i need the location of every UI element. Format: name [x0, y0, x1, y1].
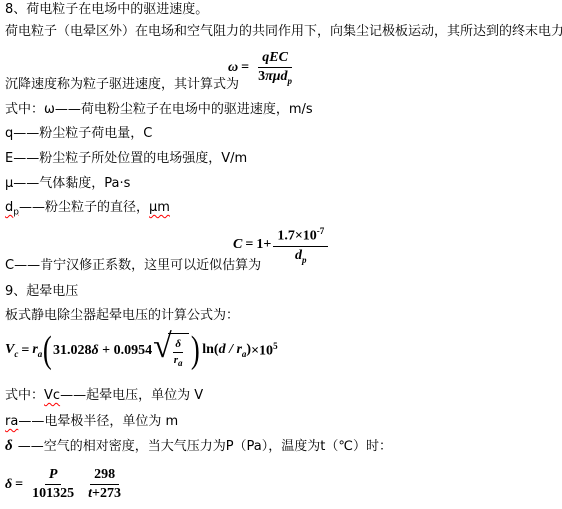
equals-sign: =	[15, 477, 23, 493]
c-symbol: C	[233, 237, 242, 253]
power-exponent: 5	[273, 341, 278, 351]
open-paren: (	[43, 336, 52, 366]
drift-fraction: qEC 3πμdp	[254, 50, 296, 86]
drift-denominator: 3πμdp	[254, 68, 296, 86]
drift-numerator: qEC	[258, 50, 292, 68]
pressure-numerator: P	[45, 467, 62, 485]
delta-letter: δ	[91, 343, 98, 358]
um-unit: μm	[149, 200, 170, 215]
pressure-denominator: 101325	[28, 485, 78, 502]
vc-definition-text: ——起晕电压，单位为 V	[60, 388, 203, 403]
def-vc: 式中：Vc——起晕电压，单位为 V	[5, 388, 203, 404]
r-subscript: a	[178, 358, 183, 368]
times-ten: ×10	[251, 344, 273, 359]
cunningham-fraction: 1.7×10-7 dp	[273, 226, 328, 265]
omega-symbol: ω	[228, 60, 238, 76]
def-mu: μ——气体黏度，Pa·s	[5, 176, 130, 192]
def-omega: 式中：ω——荷电粉尘粒子在电场中的驱进速度，m/s	[5, 102, 313, 118]
delta-definition-text: ——空气的相对密度，当大气压力为P（Pa），温度为t（℃）时：	[18, 439, 392, 454]
def-ra: ra——电晕极半径，单位为 m	[5, 414, 178, 430]
linear-term: 31.028δ + 0.0954	[53, 343, 152, 359]
equals-sign: =	[21, 343, 29, 359]
ln-function: ln	[202, 342, 214, 357]
document-page: 8、荷电粒子在电场中的驱进速度。 荷电粒子（电晕区外）在电场和空气阻力的共同作用…	[0, 0, 562, 509]
pressure-fraction: P 101325	[28, 467, 78, 502]
mantissa: 1.7×10	[277, 229, 316, 244]
coefficient-31028: 31.028	[53, 343, 92, 358]
def-q: q——粉尘粒子荷电量，C	[5, 126, 152, 142]
den-variables: πμd	[265, 69, 287, 84]
formula-corona-voltage: Vc = ra ( 31.028δ + 0.0954 √ δ ra ) ln(d…	[5, 333, 278, 368]
equals-sign: =	[241, 60, 249, 76]
radical-sign: √	[153, 331, 172, 363]
section8-intro-2: 沉降速度称为粒子驱进速度，其计算式为	[5, 77, 239, 93]
division-slash: /	[229, 342, 233, 357]
vc-symbol: Vc	[5, 342, 18, 359]
v-letter: V	[5, 342, 14, 357]
exponent: -7	[317, 226, 325, 236]
vc-symbol-text: Vc	[44, 388, 60, 403]
dp-symbol: dp	[5, 200, 19, 215]
plus-273: +273	[92, 486, 121, 501]
equals-sign: =	[245, 237, 253, 253]
r-subscript: a	[38, 349, 43, 359]
delta-symbol: δ	[5, 438, 13, 454]
def-c: C——肯宁汉修正系数，这里可以近似估算为	[5, 258, 261, 274]
radicand-fraction: δ ra	[172, 338, 185, 368]
delta-symbol: δ	[5, 477, 12, 493]
cunningham-numerator: 1.7×10-7	[273, 226, 328, 247]
section9-heading: 9、起晕电压	[5, 284, 78, 300]
ra-symbol-text: ra	[5, 414, 18, 429]
def-dp: dp——粉尘粒子的直径，μm	[5, 200, 170, 221]
temperature-denominator: t+273	[84, 485, 125, 502]
sqrt-numerator: δ	[173, 338, 183, 353]
section9-intro: 板式静电除尘器起晕电压的计算公式为：	[5, 308, 239, 324]
def-delta: δ——空气的相对密度，当大气压力为P（Pa），温度为t（℃）时：	[5, 438, 392, 455]
one-plus: 1+	[256, 237, 271, 253]
where-prefix: 式中：	[5, 388, 44, 403]
ln-term: ln(d / ra)	[202, 342, 251, 359]
coefficient-00954: + 0.0954	[102, 343, 152, 358]
temperature-numerator: 298	[90, 467, 119, 485]
ra-definition-text: ——电晕极半径，单位为 m	[18, 414, 178, 429]
den-subscript: p	[288, 76, 293, 86]
d-subscript: p	[302, 255, 307, 265]
cunningham-denominator: dp	[291, 247, 311, 265]
formula-relative-density: δ = P 101325 298 t+273	[5, 467, 127, 502]
ra-coefficient: ra	[32, 342, 42, 359]
power-term: ×105	[251, 341, 277, 360]
v-subscript: c	[14, 349, 18, 359]
close-paren: )	[190, 336, 199, 366]
sqrt-denominator: ra	[172, 353, 185, 369]
section8-heading: 8、荷电粒子在电场中的驱进速度。	[5, 2, 208, 18]
temperature-fraction: 298 t+273	[84, 467, 125, 502]
sqrt-radical: √ δ ra	[153, 333, 188, 368]
section8-intro-1: 荷电粒子（电晕区外）在电场和空气阻力的共同作用下，向集尘记极板运动，其所达到的终…	[5, 24, 562, 40]
d-letter: d	[219, 342, 226, 357]
dp-definition-text: ——粉尘粒子的直径，	[19, 200, 149, 215]
def-e: E——粉尘粒子所处位置的电场强度，V/m	[5, 151, 247, 167]
d-letter: d	[295, 248, 302, 263]
